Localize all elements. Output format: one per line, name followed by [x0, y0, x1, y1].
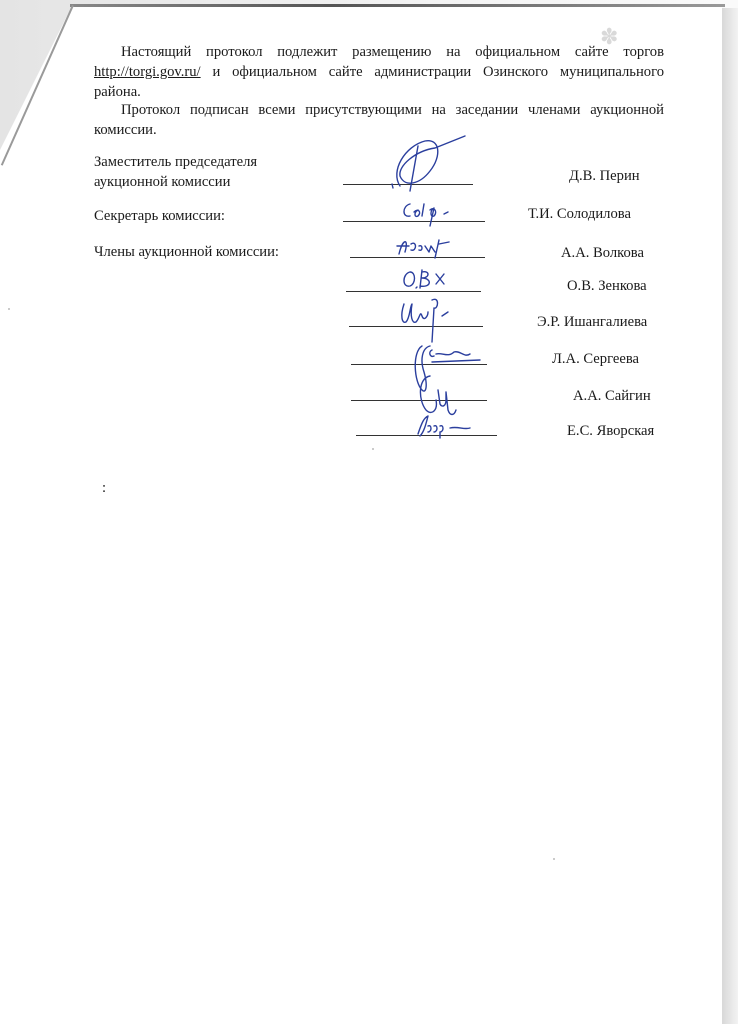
signatory-name: Т.И. Солодилова	[528, 204, 631, 224]
signature-zenkova	[400, 266, 460, 297]
paragraph-text: Протокол подписан всеми присутствующими …	[94, 102, 664, 138]
signature-solodilova	[400, 198, 470, 233]
scan-speck	[553, 858, 555, 860]
scan-speck	[372, 448, 374, 450]
signatory-name: А.А. Сайгин	[573, 386, 651, 406]
publication-paragraph: Настоящий протокол подлежит размещению н…	[94, 42, 664, 102]
label-line: Заместитель председателя	[94, 152, 257, 172]
signatory-name: Д.В. Перин	[569, 166, 640, 186]
label-line: аукционной комиссии	[94, 172, 257, 192]
signatory-name: Л.А. Сергеева	[552, 349, 639, 369]
secretary-label: Секретарь комиссии:	[94, 206, 225, 226]
signature-volkova	[395, 234, 475, 265]
page-stack-edge	[722, 8, 738, 1024]
torgi-link[interactable]: http://torgi.gov.ru/	[94, 64, 201, 80]
deputy-chair-label: Заместитель председателя аукционной коми…	[94, 152, 257, 192]
signatory-name: О.В. Зенкова	[567, 276, 647, 296]
signature-perin	[370, 136, 470, 201]
signatory-name: А.А. Волкова	[561, 243, 644, 263]
members-label: Члены аукционной комиссии:	[94, 242, 279, 262]
signature-yavorskaya	[414, 412, 484, 445]
signatory-name: Э.Р. Ишангалиева	[537, 312, 647, 332]
scan-speck	[8, 308, 10, 310]
signatory-name: Е.С. Яворская	[567, 421, 654, 441]
trailing-mark: :	[102, 480, 106, 497]
paragraph-text: Настоящий протокол подлежит размещению н…	[121, 44, 664, 60]
page-top-edge	[70, 4, 725, 7]
signed-by-paragraph: Протокол подписан всеми присутствующими …	[94, 100, 664, 140]
